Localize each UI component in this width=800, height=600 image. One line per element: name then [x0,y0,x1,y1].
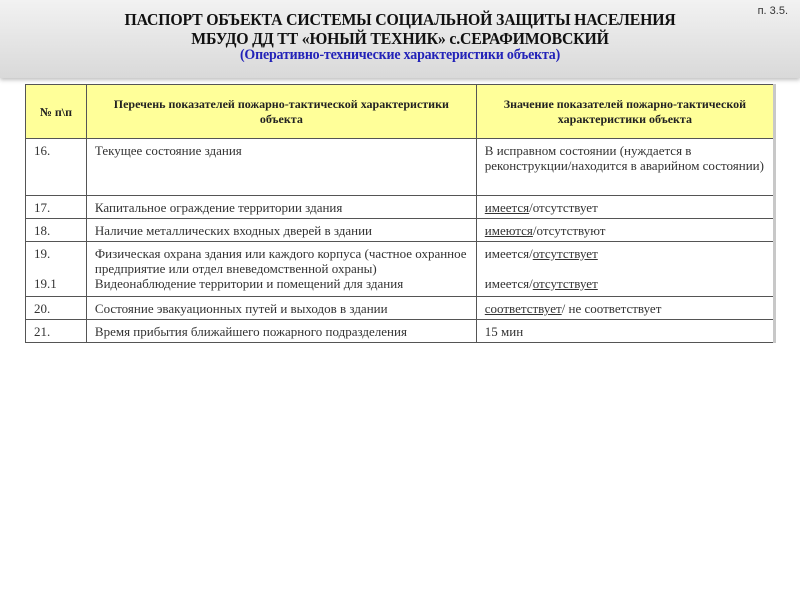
row-value: В исправном состоянии (нуждается в рекон… [476,139,774,196]
table-row: 20. Состояние эвакуационных путей и выхо… [26,297,775,320]
row-indicator-sub: Видеонаблюдение территории и помещений д… [95,276,403,291]
row-value: 15 мин [476,320,774,343]
page-title-line-1: ПАСПОРТ ОБЪЕКТА СИСТЕМЫ СОЦИАЛЬНОЙ ЗАЩИТ… [28,10,772,30]
selected-option: отсутствует [533,246,598,261]
row-number-sub: 19.1 [34,276,57,291]
row-value: имеется/отсутствует имеется/отсутствует [476,242,774,297]
row-value: соответствует/ не соответствует [476,297,774,320]
other-option: имеется/ [485,246,533,261]
column-header-number: № п\п [26,85,87,139]
row-number: 16. [26,139,87,196]
table-header-row: № п\п Перечень показателей пожарно-такти… [26,85,775,139]
row-number: 17. [26,196,87,219]
selected-option: имеется [485,200,529,215]
other-option: / не соответствует [562,301,662,316]
other-option: /отсутствует [529,200,598,215]
other-option: /отсутствуют [533,223,606,238]
row-indicator: Капитальное ограждение территории здания [86,196,476,219]
table-row: 16. Текущее состояние здания В исправном… [26,139,775,196]
row-number: 18. [26,219,87,242]
row-value: имеются/отсутствуют [476,219,774,242]
row-indicator: Наличие металлических входных дверей в з… [86,219,476,242]
row-indicator: Текущее состояние здания [86,139,476,196]
table-row: 21. Время прибытия ближайшего пожарного … [26,320,775,343]
other-option: имеется/ [485,276,533,291]
table-row: 19. 19.1 Физическая охрана здания или ка… [26,242,775,297]
table-row: 17. Капитальное ограждение территории зд… [26,196,775,219]
column-header-value: Значение показателей пожарно-тактической… [476,85,774,139]
row-indicator: Состояние эвакуационных путей и выходов … [86,297,476,320]
passport-table: № п\п Перечень показателей пожарно-такти… [25,84,776,343]
row-number: 20. [26,297,87,320]
row-value: имеется/отсутствует [476,196,774,219]
row-indicator-main: Физическая охрана здания или каждого кор… [95,246,467,276]
column-header-indicator: Перечень показателей пожарно-тактической… [86,85,476,139]
selected-option: соответствует [485,301,562,316]
page-subtitle: (Оперативно-технические характеристики о… [28,47,772,64]
page-reference: п. 3.5. [758,5,788,17]
row-number: 19. 19.1 [26,242,87,297]
table-row: 18. Наличие металлических входных дверей… [26,219,775,242]
row-indicator: Время прибытия ближайшего пожарного подр… [86,320,476,343]
row-indicator: Физическая охрана здания или каждого кор… [86,242,476,297]
page-title-line-2: МБУДО ДД ТТ «ЮНЫЙ ТЕХНИК» с.СЕРАФИМОВСКИ… [28,29,772,49]
row-number-main: 19. [34,246,50,261]
row-number: 21. [26,320,87,343]
header-band: ПАСПОРТ ОБЪЕКТА СИСТЕМЫ СОЦИАЛЬНОЙ ЗАЩИТ… [0,0,800,78]
selected-option: отсутствует [533,276,598,291]
selected-option: имеются [485,223,533,238]
